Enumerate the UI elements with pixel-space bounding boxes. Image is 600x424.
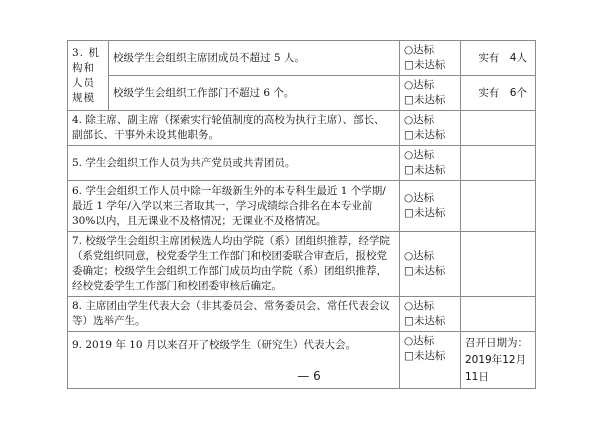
fail-option[interactable]: □未达标	[404, 264, 456, 279]
judgement-cell[interactable]: ○达标 □未达标	[400, 232, 461, 297]
fail-option[interactable]: □未达标	[404, 128, 456, 143]
item-cell: 5. 学生会组织工作人员为共产党员或共青团员。	[68, 146, 400, 181]
judgement-cell[interactable]: ○达标 □未达标	[400, 181, 461, 232]
pass-option[interactable]: ○达标	[404, 334, 456, 349]
page-number: — 6	[0, 369, 600, 383]
judgement-cell[interactable]: ○达标 □未达标	[400, 111, 461, 146]
fail-option[interactable]: □未达标	[404, 93, 456, 108]
evaluation-table: 3. 机 构和人员规模 校级学生会组织主席团成员不超过 5 人。 ○达标 □未达…	[67, 40, 536, 389]
fail-option[interactable]: □未达标	[404, 58, 456, 73]
pass-option[interactable]: ○达标	[404, 191, 456, 206]
pass-option[interactable]: ○达标	[404, 148, 456, 163]
judgement-cell[interactable]: ○达标 □未达标	[400, 41, 461, 76]
item-cell: 8. 主席团由学生代表大会（非其委员会、常务委员会、常任代表会议等）选举产生。	[68, 297, 400, 332]
note-cell: 实有 6个	[461, 76, 536, 111]
fail-option[interactable]: □未达标	[404, 206, 456, 221]
judgement-cell[interactable]: ○达标 □未达标	[400, 297, 461, 332]
table-row: 3. 机 构和人员规模 校级学生会组织主席团成员不超过 5 人。 ○达标 □未达…	[68, 41, 536, 76]
table-row: 校级学生会组织工作部门不超过 6 个。 ○达标 □未达标 实有 6个	[68, 76, 536, 111]
note-cell	[461, 111, 536, 146]
table-row: 7. 校级学生会组织主席团候选人均由学院（系）团组织推荐，经学院（系党组织同意，…	[68, 232, 536, 297]
pass-option[interactable]: ○达标	[404, 43, 456, 58]
pass-option[interactable]: ○达标	[404, 113, 456, 128]
note-cell	[461, 181, 536, 232]
item-cell: 4. 除主席、副主席（探索实行轮值制度的高校为执行主席）、部长、副部长、干事外未…	[68, 111, 400, 146]
item-cell: 6. 学生会组织工作人员中除一年级新生外的本专科生最近 1 个学期/最近 1 学…	[68, 181, 400, 232]
fail-option[interactable]: □未达标	[404, 314, 456, 329]
judgement-cell[interactable]: ○达标 □未达标	[400, 76, 461, 111]
item-cell: 校级学生会组织工作部门不超过 6 个。	[109, 76, 400, 111]
fail-option[interactable]: □未达标	[404, 163, 456, 178]
pass-option[interactable]: ○达标	[404, 78, 456, 93]
note-cell: 实有 4人	[461, 41, 536, 76]
document-page: 3. 机 构和人员规模 校级学生会组织主席团成员不超过 5 人。 ○达标 □未达…	[0, 0, 600, 424]
fail-option[interactable]: □未达标	[404, 349, 456, 364]
table-row: 8. 主席团由学生代表大会（非其委员会、常务委员会、常任代表会议等）选举产生。 …	[68, 297, 536, 332]
pass-option[interactable]: ○达标	[404, 299, 456, 314]
category-cell: 3. 机 构和人员规模	[68, 41, 109, 111]
judgement-cell[interactable]: ○达标 □未达标	[400, 146, 461, 181]
item-cell: 7. 校级学生会组织主席团候选人均由学院（系）团组织推荐，经学院（系党组织同意，…	[68, 232, 400, 297]
note-cell	[461, 146, 536, 181]
table-row: 5. 学生会组织工作人员为共产党员或共青团员。 ○达标 □未达标	[68, 146, 536, 181]
pass-option[interactable]: ○达标	[404, 249, 456, 264]
note-cell	[461, 232, 536, 297]
table-row: 6. 学生会组织工作人员中除一年级新生外的本专科生最近 1 个学期/最近 1 学…	[68, 181, 536, 232]
table-row: 4. 除主席、副主席（探索实行轮值制度的高校为执行主席）、部长、副部长、干事外未…	[68, 111, 536, 146]
note-cell	[461, 297, 536, 332]
item-cell: 校级学生会组织主席团成员不超过 5 人。	[109, 41, 400, 76]
